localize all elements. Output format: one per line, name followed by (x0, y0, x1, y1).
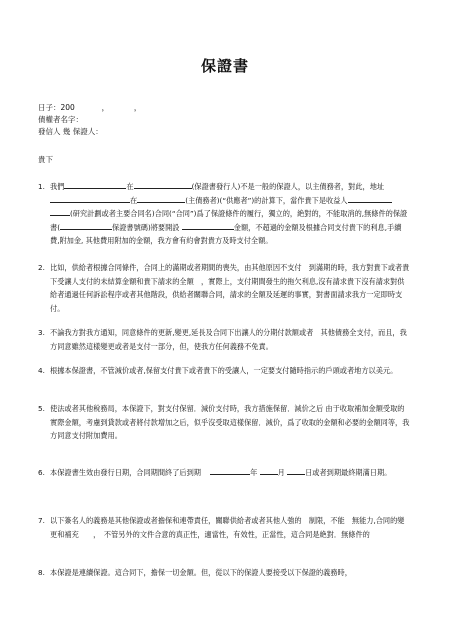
expiry-month-blank[interactable] (260, 466, 278, 475)
date-separator: ， (102, 103, 110, 112)
document-title: 保證書 (0, 55, 450, 76)
date-label: 日子：200 (38, 103, 75, 112)
clause-2: 2. 比如，供給者根據合同條件，合同上的滿期或者期間的喪失，由其他原因不支付 到… (38, 261, 410, 315)
debtor-blank[interactable] (137, 194, 185, 203)
clause-number: 1. (38, 180, 45, 194)
salutation: 貴下 (38, 154, 53, 166)
date-line: 日子：200 ， ， (38, 102, 141, 114)
date-separator: ， (134, 103, 142, 112)
guarantor-blank[interactable] (64, 180, 126, 189)
expiry-day-blank[interactable] (287, 466, 305, 475)
clause-6: 6. 本保證書生效由發行日期，合同期間終了后到期 年 月 日或者到期最終期滿日期… (38, 466, 410, 480)
clause-1: 1. 我們在(保證書發行人)不是一般的保證人，以主債務者，對此，地址 在(主債務… (38, 180, 410, 248)
address-blank[interactable] (50, 194, 130, 203)
issuer-guarantor-line: 發信人 幾 保證人： (38, 126, 103, 138)
location-blank[interactable] (134, 180, 192, 189)
clause-5: 5. 使法或者其他稅務局，本保證下，對支付保留．減价支付時，我方措施保留．減价之… (38, 402, 410, 443)
clause-3: 3. 不論我方對我方通知，同意條件的更新,變更,延長及合同下出讓人的分期付款額或… (38, 326, 410, 353)
clause-8: 8. 本保證是連續保證。這合同下，擔保一切金額。但，從以下的保證人要接受以下保證… (38, 566, 410, 580)
clause-4: 4. 根據本保證書，不管減价或者,保留支付貴下或者貴下的受讓人，一定要支付隨時指… (38, 364, 410, 378)
amount-blank[interactable] (182, 221, 234, 230)
contract-blank[interactable] (50, 207, 70, 216)
beneficiary-blank[interactable] (348, 194, 392, 203)
guarantee-number-blank[interactable] (60, 221, 112, 230)
expiry-year-blank[interactable] (210, 466, 250, 475)
clause-7: 7. 以下簽名人的義務是其他保證或者擔保和連帶責任，關聯供給者或者其他人強的 制… (38, 514, 410, 541)
creditor-name-line: 債權者名字： (38, 114, 83, 126)
